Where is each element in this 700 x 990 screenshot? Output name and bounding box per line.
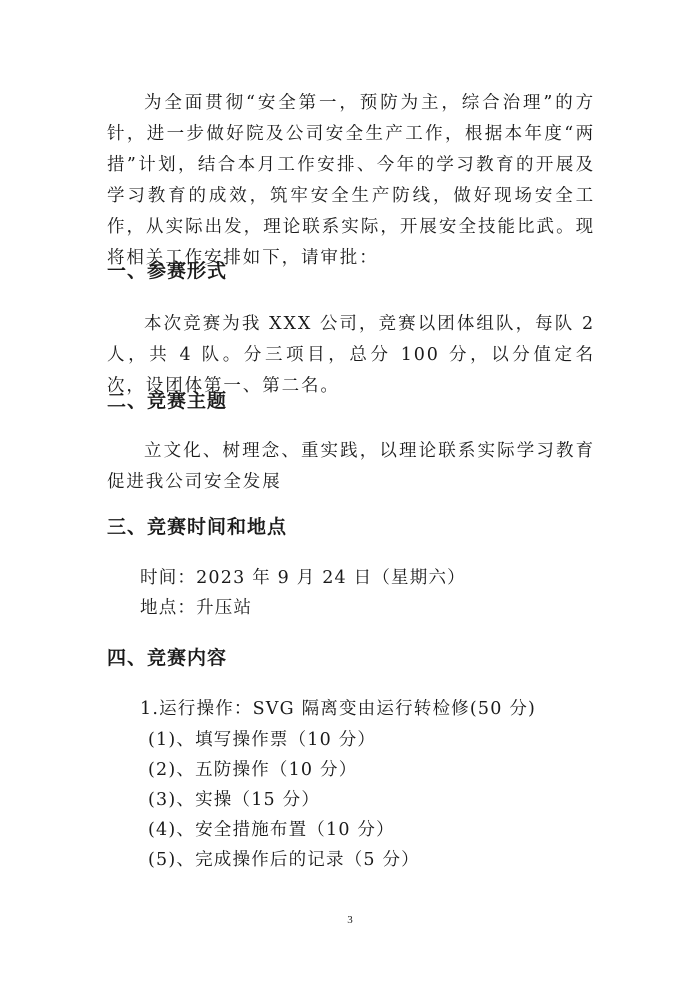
location-line: 地点：升压站 [107, 593, 600, 623]
section-2-body: 立文化、树理念、重实践，以理论联系实际学习教育促进我公司安全发展 [107, 436, 595, 498]
page-number: 3 [0, 914, 700, 926]
time-line: 时间：2023 年 9 月 24 日（星期六） [107, 563, 600, 593]
subitem-1: (1)、填写操作票（10 分） [115, 725, 608, 755]
section-heading-3: 三、竞赛时间和地点 [107, 512, 287, 542]
section-heading-1: 一、参赛形式 [107, 256, 227, 286]
subitem-4: (4)、安全措施布置（10 分） [115, 815, 608, 845]
content-item-1: 1.运行操作：SVG 隔离变由运行转检修(50 分) [107, 694, 620, 724]
subitem-5: (5)、完成操作后的记录（5 分） [115, 845, 608, 875]
subitem-2: (2)、五防操作（10 分） [115, 755, 608, 785]
section-heading-4: 四、竞赛内容 [107, 643, 227, 673]
subitem-3: (3)、实操（15 分） [115, 785, 608, 815]
intro-paragraph: 为全面贯彻“安全第一，预防为主，综合治理”的方针，进一步做好院及公司安全生产工作… [107, 88, 595, 274]
section-heading-2: 二、竞赛主题 [107, 386, 227, 416]
